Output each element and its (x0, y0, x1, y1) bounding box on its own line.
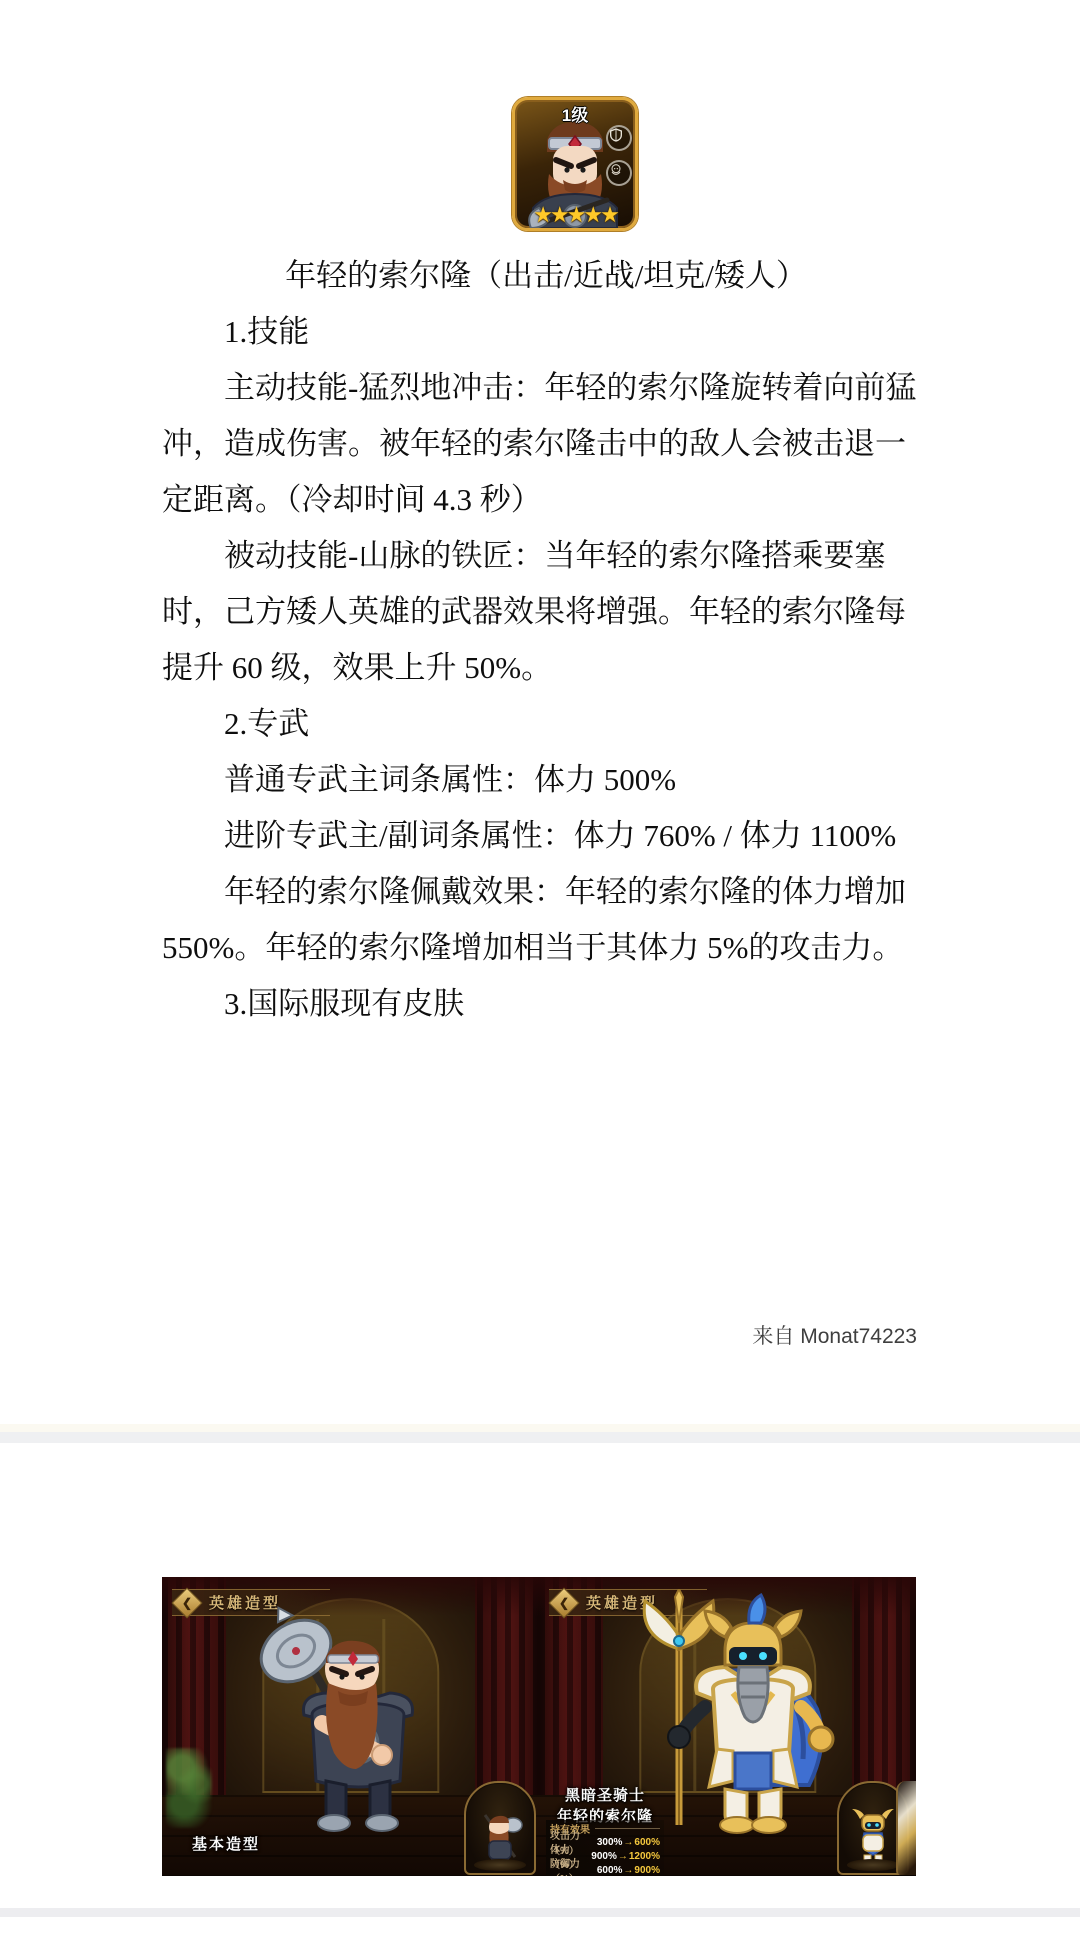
upgrade-arrow-icon: → (618, 1851, 628, 1862)
page-title: 年轻的索尔隆（出击/近战/坦克/矮人） (162, 248, 930, 304)
costume-thumbnail-basic (464, 1781, 536, 1875)
paragraph-weapon-normal: 普通专武主词条属性：体力 500% (162, 752, 930, 808)
document-page: 1级 ★★★★★ 年轻的索尔隆（出击/近战/坦克/矮人） 1.技能 主动技能-猛… (0, 0, 1080, 1948)
paragraph-active-skill: 主动技能-猛烈地冲击：年轻的索尔隆旋转着向前猛冲，造成伤害。被年轻的索尔隆击中的… (162, 360, 930, 528)
plant-decoration (166, 1748, 212, 1828)
hero-avatar-card[interactable]: 1级 ★★★★★ (512, 97, 638, 231)
article-body: 年轻的索尔隆（出击/近战/坦克/矮人） 1.技能 主动技能-猛烈地冲击：年轻的索… (0, 248, 1080, 1032)
game-screenshot-image[interactable]: ❮ 英雄造型 (162, 1577, 916, 1876)
skin-effects-panel: 持有效果 攻击力（%） 300%→600% 体力（%） 900%→1200% 防… (546, 1820, 664, 1876)
level-badge: 1级 (515, 101, 635, 126)
skin-title: 黑暗圣骑士 (539, 1785, 671, 1806)
upgrade-arrow-icon: → (623, 1865, 633, 1876)
costume-panel-dark-paladin: ❮ 英雄造型 (539, 1577, 916, 1876)
star-rating: ★★★★★ (515, 203, 635, 228)
bottom-divider (0, 1908, 1080, 1917)
section-divider (0, 1424, 1080, 1443)
paragraph-weapon-effect: 年轻的索尔隆佩戴效果：年轻的索尔隆的体力增加 550%。年轻的索尔隆增加相当于其… (162, 864, 930, 976)
dwarf-character-art (234, 1603, 469, 1848)
shield-icon (606, 125, 632, 151)
paragraph-weapon-heading: 2.专武 (162, 696, 930, 752)
paragraph-skills-heading: 1.技能 (162, 304, 930, 360)
paragraph-skins-heading: 3.国际服现有皮肤 (162, 976, 930, 1032)
dwarf-race-icon (606, 160, 632, 186)
attribution-source: 来自 Monat74223 (752, 1320, 917, 1350)
paragraph-weapon-advanced: 进阶专武主/副词条属性：体力 760% / 体力 1100% (162, 808, 930, 864)
paragraph-passive-skill: 被动技能-山脉的铁匠：当年轻的索尔隆搭乘要塞时，己方矮人英雄的武器效果将增强。年… (162, 528, 930, 696)
costume-name-label: 基本造型 (192, 1833, 260, 1854)
costume-thumbnail-partial (896, 1781, 916, 1875)
costume-panel-basic: ❮ 英雄造型 (162, 1577, 539, 1876)
upgrade-arrow-icon: → (623, 1837, 633, 1848)
stat-row-defense: 防御力（%） 600%→900% (550, 1863, 660, 1876)
